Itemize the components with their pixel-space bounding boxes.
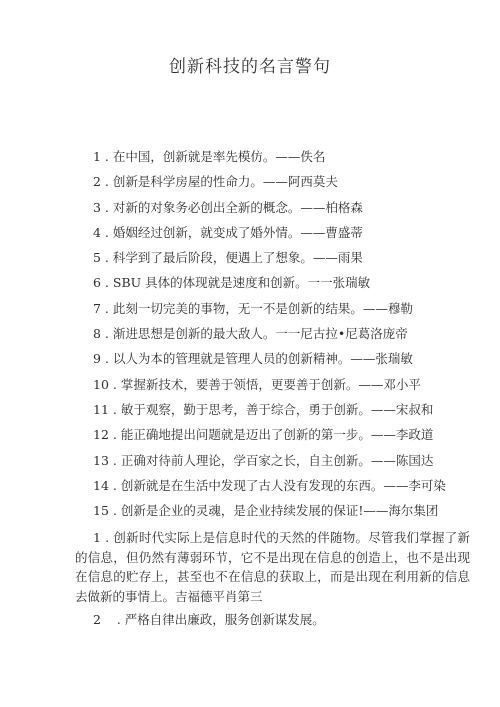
paragraph-1: 1 . 创新时代实际上是信息时代的天然的伴随物。尽管我们掌握了新的信息，但仍然有… <box>75 528 470 606</box>
quote-number: 5 <box>93 245 101 270</box>
quote-text: 科学到了最后阶段，便遇上了想象。——雨果 <box>113 250 363 265</box>
quote-text: 在中国，创新就是率先模仿。——佚名 <box>113 149 326 164</box>
quote-item: 9 . 以人为本的管理就是管理人员的创新精神。——张瑞敏 <box>93 346 483 371</box>
quote-number: 15 <box>93 498 109 523</box>
quote-number: 13 <box>93 448 109 473</box>
quote-item: 1 . 在中国，创新就是率先模仿。——佚名 <box>93 144 483 169</box>
quote-text: 渐进思想是创新的最大敌人。一一尼古拉•尼葛洛庞帝 <box>113 326 408 341</box>
quote-number: 3 <box>93 195 101 220</box>
quote-item: 4 . 婚姻经过创新，就变成了婚外情。——曹盛蒂 <box>93 220 483 245</box>
quote-item: 11 . 敏于观察，勤于思考，善于综合，勇于创新。——宋叔和 <box>93 397 483 422</box>
quote-item: 5 . 科学到了最后阶段，便遇上了想象。——雨果 <box>93 245 483 270</box>
quote-list: 1 . 在中国，创新就是率先模仿。——佚名 2 . 创新是科学房屋的性命力。——… <box>93 144 483 523</box>
quote-text: 创新是企业的灵魂，是企业持续发展的保证!——海尔集团 <box>121 503 439 518</box>
quote-text: 对新的对象务必创出全新的概念。——柏格森 <box>113 200 363 215</box>
quote-item: 2 . 创新是科学房屋的性命力。——阿西莫夫 <box>93 169 483 194</box>
quote-number: 12 <box>93 422 109 447</box>
quote-number: 2 <box>93 169 101 194</box>
quote-item: 10 . 掌握新技术，要善于领悟，更要善于创新。——邓小平 <box>93 372 483 397</box>
quote-number: 9 <box>93 346 101 371</box>
document-page: 创新科技的名言警句 1 . 在中国，创新就是率先模仿。——佚名 2 . 创新是科… <box>0 0 500 707</box>
quote-text: 正确对待前人理论，学百家之长，自主创新。——陈国达 <box>121 453 434 468</box>
quote-number: 7 <box>93 296 101 321</box>
quote-text: SBU 具体的体现就是速度和创新。一一张瑞敏 <box>113 275 370 290</box>
quote-number: 4 <box>93 220 101 245</box>
quote-text: 此刻一切完美的事物，无一不是创新的结果。——穆勒 <box>113 301 413 316</box>
quote-text: 敏于观察，勤于思考，善于综合，勇于创新。——宋叔和 <box>121 402 434 417</box>
quote-number: 8 <box>93 321 101 346</box>
quote-item: 8 . 渐进思想是创新的最大敌人。一一尼古拉•尼葛洛庞帝 <box>93 321 483 346</box>
quote-item: 7 . 此刻一切完美的事物，无一不是创新的结果。——穆勒 <box>93 296 483 321</box>
quote-item: 12 . 能正确地提出问题就是迈出了创新的第一步。——李政道 <box>93 422 483 447</box>
quote-number: 6 <box>93 270 101 295</box>
quote-item: 6 . SBU 具体的体现就是速度和创新。一一张瑞敏 <box>93 270 483 295</box>
quote-number: 1 <box>93 144 101 169</box>
quote-item: 13 . 正确对待前人理论，学百家之长，自主创新。——陈国达 <box>93 448 483 473</box>
paragraph-2: 2 . 严格自律出廉政，服务创新谋发展。 <box>93 610 473 630</box>
quote-number: 10 <box>93 372 109 397</box>
quote-text: 婚姻经过创新，就变成了婚外情。——曹盛蒂 <box>113 225 363 240</box>
quote-text: 创新是科学房屋的性命力。——阿西莫夫 <box>113 174 338 189</box>
quote-text: 掌握新技术，要善于领悟，更要善于创新。——邓小平 <box>121 377 421 392</box>
quote-item: 3 . 对新的对象务必创出全新的概念。——柏格森 <box>93 195 483 220</box>
quote-item: 14 . 创新就是在生活中发现了古人没有发现的东西。——李可染 <box>93 473 483 498</box>
document-title: 创新科技的名言警句 <box>0 52 500 77</box>
quote-text: 能正确地提出问题就是迈出了创新的第一步。——李政道 <box>121 427 434 442</box>
quote-text: 创新就是在生活中发现了古人没有发现的东西。——李可染 <box>121 478 446 493</box>
quote-item: 15 . 创新是企业的灵魂，是企业持续发展的保证!——海尔集团 <box>93 498 483 523</box>
quote-number: 14 <box>93 473 109 498</box>
quote-text: 以人为本的管理就是管理人员的创新精神。——张瑞敏 <box>113 351 413 366</box>
quote-number: 11 <box>93 397 109 422</box>
